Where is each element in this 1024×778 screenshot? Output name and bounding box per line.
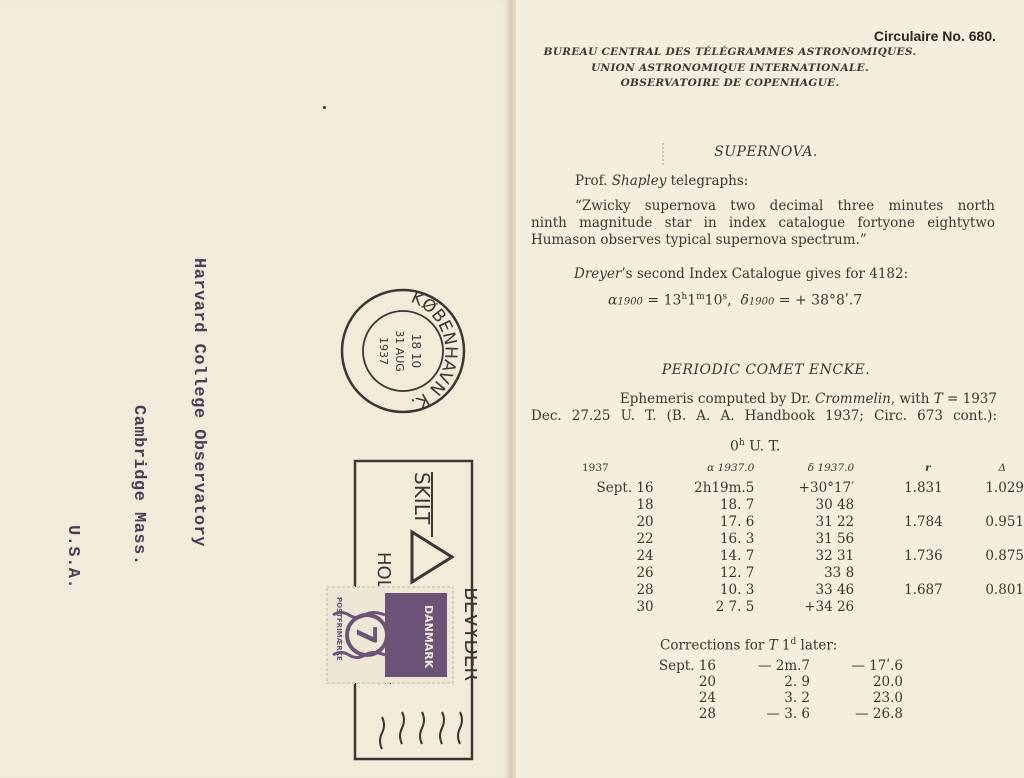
- svg-text:SKILT: SKILT: [410, 472, 434, 525]
- svg-text:7: 7: [350, 625, 383, 644]
- postmark-icon: KØBENHAVN K. 18 10 31 AUG 1937: [338, 286, 468, 416]
- address-line-city: Cambridge Mass.: [129, 405, 148, 566]
- svg-text:1937: 1937: [377, 337, 390, 365]
- header-line-bureau: BUREAU CENTRAL DES TÉLÉGRAMMES ASTRONOMI…: [530, 45, 930, 61]
- ephemeris-table: 1937 α 1937.0 δ 1937.0 r Δ Sept. 162h19m…: [560, 460, 1024, 616]
- table-row: 28— 3. 6— 26.8: [640, 706, 903, 722]
- recipient-address: Harvard College Observatory Cambridge Ma…: [60, 250, 240, 670]
- ink-speck: [323, 106, 326, 109]
- telegram-quote: “Zwicky supernova two decimal three minu…: [531, 198, 995, 249]
- svg-text:DANMARK: DANMARK: [422, 605, 435, 669]
- postage-stamp-icon: 7 POSTFRIMÆRKE DANMARK: [325, 585, 455, 685]
- table-row: 2414. 732 311.7360.875: [560, 548, 1024, 565]
- bureau-header: BUREAU CENTRAL DES TÉLÉGRAMMES ASTRONOMI…: [530, 45, 930, 92]
- page-fold: [508, 0, 516, 778]
- coordinates-formula: α1900 = 13h1m10s, δ1900 = + 38°8ʹ.7: [608, 292, 862, 309]
- table-row: 2216. 331 56: [560, 531, 1024, 548]
- astronomer-name: Shapley: [612, 173, 667, 189]
- corrections-table: Sept. 16— 2m.7— 17ʹ.6 202. 920.0 243. 22…: [640, 658, 903, 722]
- header-line-observatory: OBSERVATOIRE DE COPENHAGUE.: [530, 76, 930, 92]
- ephemeris-intro: Ephemeris computed by Dr. Crommelin, wit…: [531, 391, 997, 425]
- table-row: Sept. 162h19m.5+30°17′1.8311.029: [560, 480, 1024, 497]
- catalogue-author: Dreyer: [574, 266, 621, 282]
- table-row: 1818. 730 48: [560, 497, 1024, 514]
- svg-text:POSTFRIMÆRKE: POSTFRIMÆRKE: [335, 597, 343, 661]
- table-row: 2612. 733 8: [560, 565, 1024, 582]
- svg-text:31 AUG: 31 AUG: [393, 330, 406, 372]
- svg-text:18 10: 18 10: [409, 334, 423, 368]
- table-row: Sept. 16— 2m.7— 17ʹ.6: [640, 658, 903, 674]
- section-title-comet: PERIODIC COMET ENCKE.: [516, 362, 1016, 378]
- ut-label: 0h U. T.: [730, 438, 780, 455]
- table-row: 2017. 631 221.7840.951: [560, 514, 1024, 531]
- corrections-title: Corrections for T 1d later:: [660, 637, 837, 654]
- table-row: 202. 920.0: [640, 674, 903, 690]
- header-line-union: UNION ASTRONOMIQUE INTERNATIONALE.: [530, 61, 930, 77]
- dreyer-reference: Dreyer’s second Index Catalogue gives fo…: [574, 266, 908, 283]
- table-row: 2810. 333 461.6870.801: [560, 582, 1024, 599]
- section-title-supernova: SUPERNOVA.: [516, 144, 1016, 160]
- table-header-row: 1937 α 1937.0 δ 1937.0 r Δ: [560, 460, 1024, 480]
- envelope-page: Harvard College Observatory Cambridge Ma…: [0, 0, 510, 778]
- table-row: 302 7. 5+34 26: [560, 599, 1024, 616]
- address-line-institution: Harvard College Observatory: [189, 258, 208, 547]
- svg-text:BEVYDER: BEVYDER: [460, 587, 477, 681]
- address-line-country: U.S.A.: [63, 525, 82, 589]
- circular-number: Circulaire No. 680.: [874, 28, 996, 44]
- table-row: 243. 223.0: [640, 690, 903, 706]
- supernova-intro: Prof. Shapley telegraphs:: [575, 173, 748, 190]
- computer-name: Crommelin: [815, 391, 891, 407]
